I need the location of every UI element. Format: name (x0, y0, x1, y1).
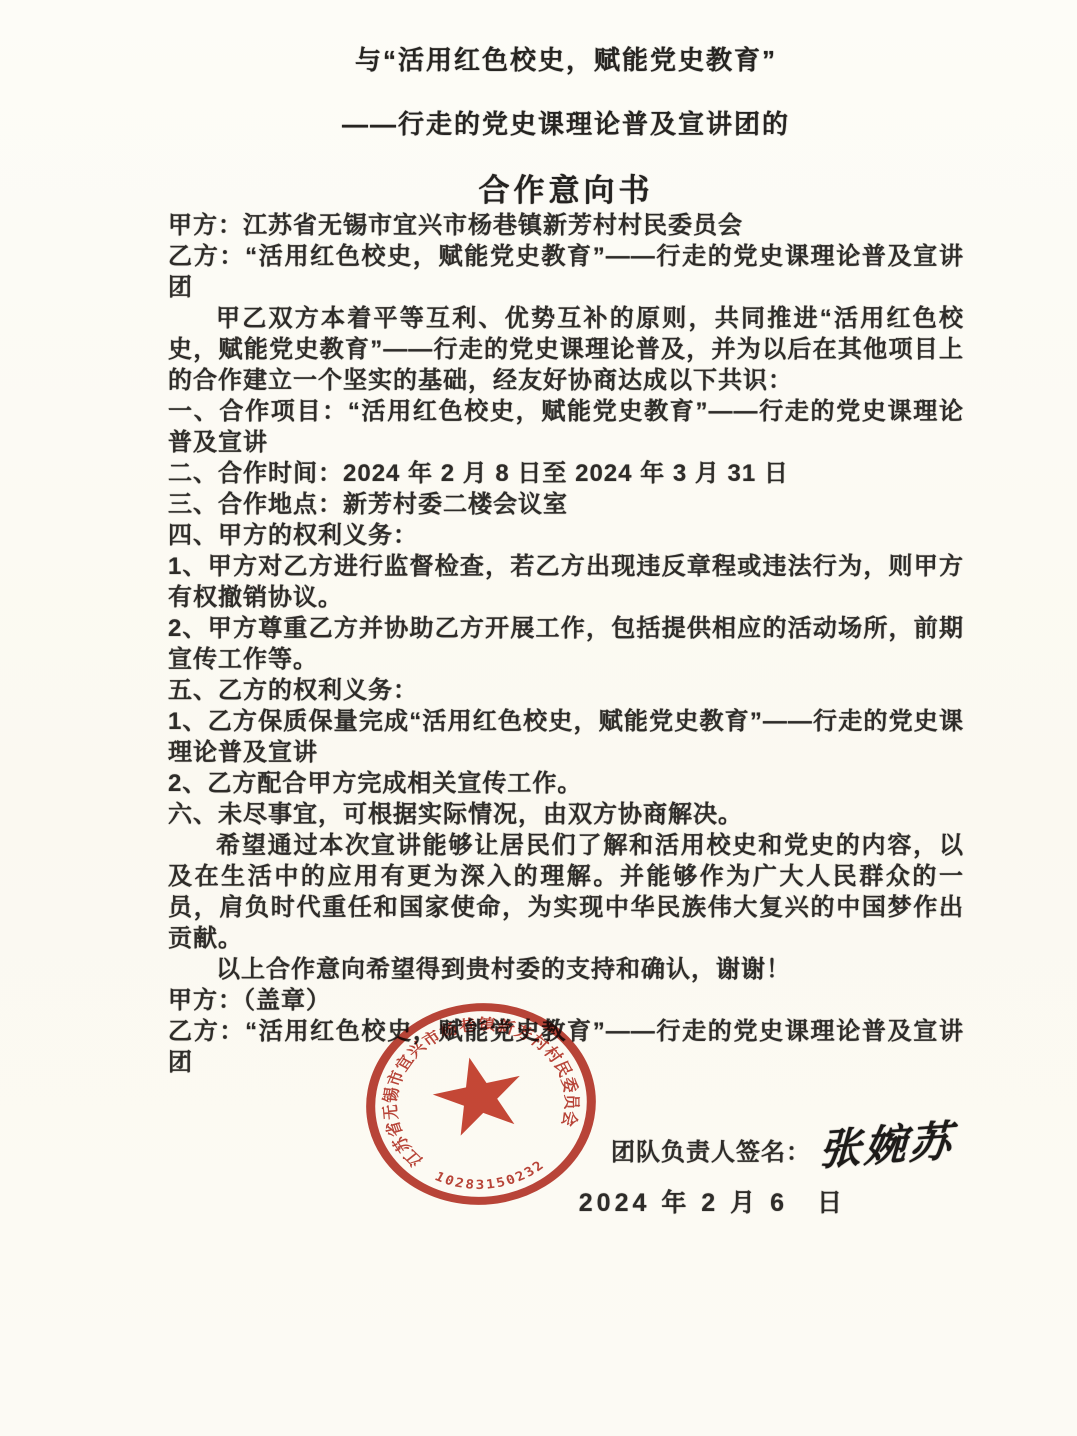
party-a-seal-line: 甲方：（盖章） (168, 985, 964, 1016)
item-5-clause-1: 1、乙方保质保量完成“活用红色校史，赋能党史教育”——行走的党史课理论普及宣讲 (168, 706, 964, 768)
title-line-1: 与“活用红色校史，赋能党史教育” (168, 40, 964, 77)
hope-paragraph: 希望通过本次宣讲能够让居民们了解和活用校史和党史的内容，以及在生活中的应用有更为… (168, 830, 964, 954)
date-line: 2024 年 2 月 6 日 (168, 1183, 846, 1219)
leader-signature-name: 张婉苏 (818, 1121, 954, 1171)
item-6-misc: 六、未尽事宜，可根据实际情况，由双方协商解决。 (168, 799, 964, 830)
intro-paragraph: 甲乙双方本着平等互利、优势互补的原则，共同推进“活用红色校史，赋能党史教育”——… (168, 303, 964, 396)
item-3-location: 三、合作地点：新芳村委二楼会议室 (168, 489, 964, 520)
item-4-party-a-duties: 四、甲方的权利义务： (168, 520, 964, 551)
document-body: 与“活用红色校史，赋能党史教育” ——行走的党史课理论普及宣讲团的 合作意向书 … (0, 40, 1077, 1219)
leader-signature-row: 团队负责人签名：张婉苏 (168, 1126, 954, 1167)
item-5-clause-2: 2、乙方配合甲方完成相关宣传工作。 (168, 768, 964, 799)
leader-signature-label: 团队负责人签名： (611, 1139, 811, 1166)
party-b-line: 乙方：“活用红色校史，赋能党史教育”——行走的党史课理论普及宣讲团 (168, 241, 964, 303)
item-4-clause-1: 1、甲方对乙方进行监督检查，若乙方出现违反章程或违法行为，则甲方有权撤销协议。 (168, 551, 964, 613)
party-a-line: 甲方：江苏省无锡市宜兴市杨巷镇新芳村村民委员会 (168, 210, 964, 241)
item-4-clause-2: 2、甲方尊重乙方并协助乙方开展工作，包括提供相应的活动场所，前期宣传工作等。 (168, 613, 964, 675)
title-line-2: ——行走的党史课理论普及宣讲团的 (168, 104, 964, 141)
item-5-party-b-duties: 五、乙方的权利义务： (168, 675, 964, 706)
party-b-signature-line: 乙方：“活用红色校史，赋能党史教育”——行走的党史课理论普及宣讲团 (168, 1016, 964, 1078)
item-1-project: 一、合作项目：“活用红色校史，赋能党史教育”——行走的党史课理论普及宣讲 (168, 396, 964, 458)
closing-line: 以上合作意向希望得到贵村委的支持和确认，谢谢！ (168, 954, 964, 985)
scanned-document-page: 与“活用红色校史，赋能党史教育” ——行走的党史课理论普及宣讲团的 合作意向书 … (0, 0, 1077, 1436)
item-2-time: 二、合作时间：2024 年 2 月 8 日至 2024 年 3 月 31 日 (168, 458, 964, 489)
document-title: 合作意向书 (168, 165, 964, 210)
